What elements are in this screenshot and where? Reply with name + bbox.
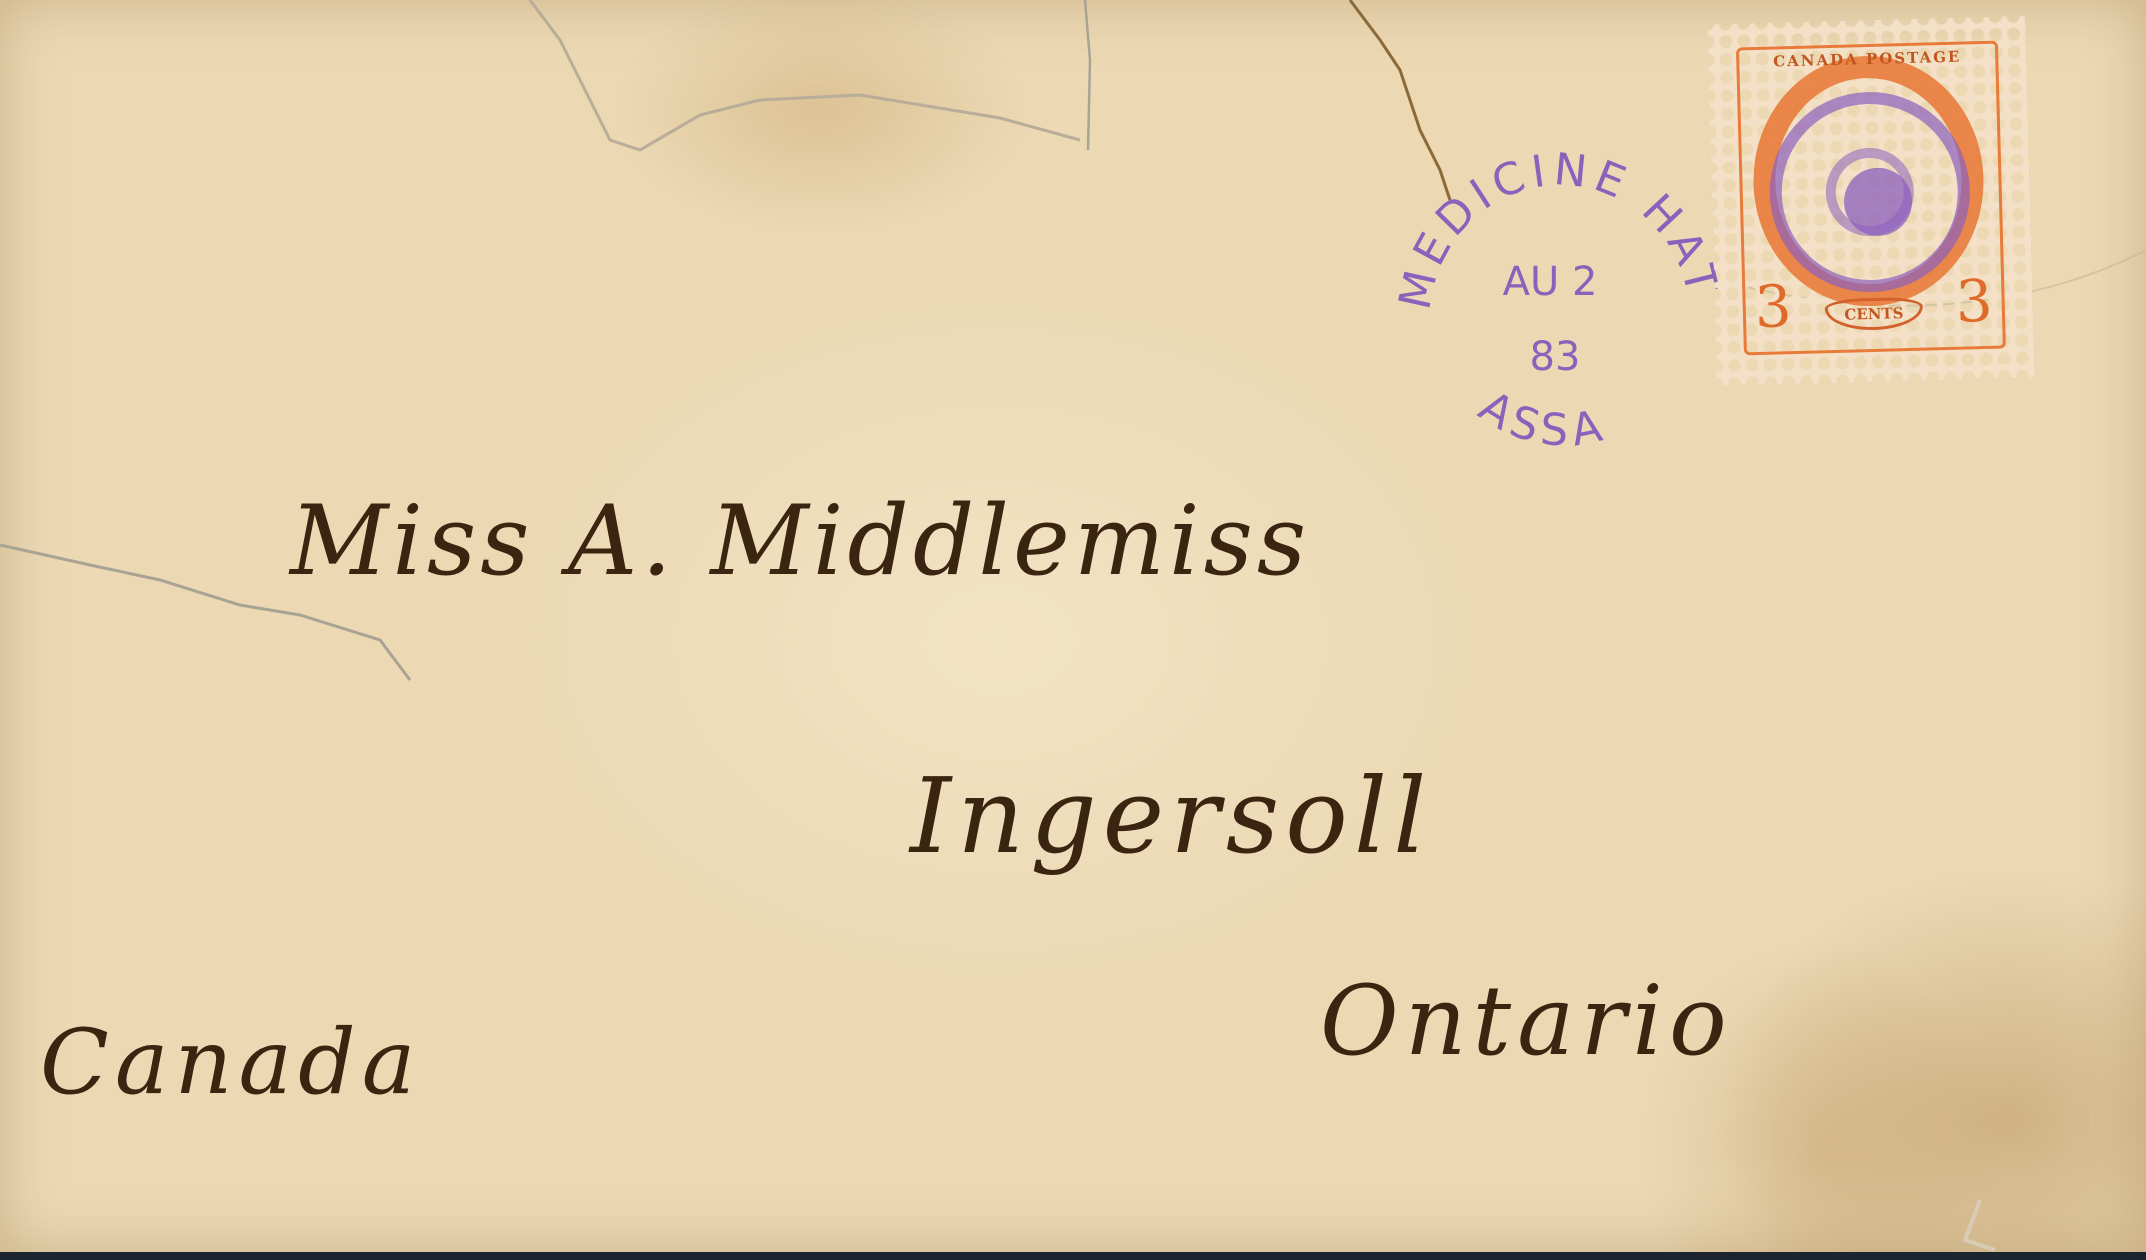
postmark: MEDICINE HAT ASSA AU 2 83 (1390, 130, 1720, 480)
address-city: Ingersoll (910, 755, 1432, 877)
address-province: Ontario (1320, 965, 1733, 1077)
stamp-value-right: 3 (1955, 267, 1994, 336)
addressee-name: Miss A. Middlemiss (290, 485, 1310, 597)
postmark-territory: ASSA (1470, 381, 1612, 457)
svg-text:ASSA: ASSA (1470, 381, 1612, 457)
postmark-year: 83 (1530, 334, 1581, 380)
postage-stamp: CANADA POSTAGE 3 3 CENTS (1707, 16, 2034, 386)
envelope: MEDICINE HAT ASSA AU 2 83 CANADA POSTAGE… (0, 0, 2146, 1252)
postmark-date: AU 2 (1503, 259, 1598, 305)
address-country: Canada (40, 1010, 421, 1115)
stamp-value-left: 3 (1754, 272, 1793, 341)
